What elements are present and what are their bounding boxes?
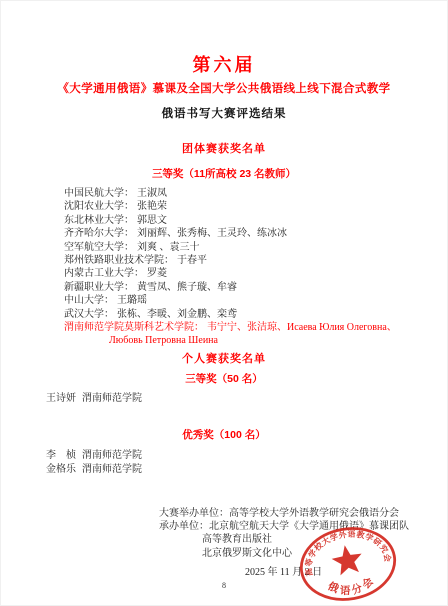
- team-row: 武汉大学：张栋、李暖、刘金鹏、栾鸢: [64, 308, 397, 321]
- school-name: 中国民航大学：: [64, 188, 134, 199]
- winner-row: 王诗妍渭南师范学院: [46, 392, 142, 406]
- winner-name: 王诗妍: [46, 393, 76, 404]
- team-section-heading: 团体赛获奖名单: [1, 140, 447, 156]
- winner-school: 渭南师范学院: [82, 450, 142, 461]
- team-row: 东北林业大学：郭思文: [64, 214, 397, 227]
- team-row: 内蒙古工业大学：罗菱: [64, 267, 397, 280]
- winner-school: 渭南师范学院: [82, 464, 142, 475]
- team-row: 中山大学：王璐瑶: [64, 294, 397, 307]
- individual-excellence-list: 李 桢渭南师范学院 金格乐渭南师范学院: [46, 449, 142, 476]
- winner-names: 黄雪凤、熊子璇、牟睿: [137, 282, 237, 293]
- team-row: 沈阳农业大学：张艳荣: [64, 200, 397, 213]
- individual-section-heading: 个人赛获奖名单: [1, 350, 447, 366]
- team-row: 齐齐哈尔大学：刘丽辉、张秀梅、王灵玲、练冰冰: [64, 227, 397, 240]
- document-page: 第六届 《大学通用俄语》慕课及全国大学公共俄语线上线下混合式教学 俄语书写大赛评…: [0, 0, 448, 606]
- winner-names: 王淑凤: [137, 188, 167, 199]
- host-line: 大赛举办单位：高等学校大学外语教学研究会俄语分会: [159, 507, 409, 520]
- winner-row: 金格乐渭南师范学院: [46, 463, 142, 477]
- winner-names: Любовь Петровна Шеина: [109, 335, 218, 346]
- team-row-highlighted: Любовь Петровна Шеина: [64, 334, 397, 347]
- winner-school: 渭南师范学院: [82, 393, 142, 404]
- school-name: 中山大学：: [64, 295, 114, 306]
- winner-row: 李 桢渭南师范学院: [46, 449, 142, 463]
- official-seal-icon: 高等学校大学外语教学研究会 俄语分会: [295, 523, 405, 606]
- school-name: 沈阳农业大学：: [64, 201, 134, 212]
- winner-names: 罗菱: [147, 268, 167, 279]
- winner-name: 李 桢: [46, 450, 76, 461]
- winner-names: 于春平: [177, 255, 207, 266]
- winner-names: 刘爽 、袁三十: [137, 242, 200, 253]
- winner-names: 韦宁宁、张洁琼、Исаева Юлия Олеговна、: [207, 322, 397, 333]
- school-name: 武汉大学：: [64, 309, 114, 320]
- individual-third-prize-list: 王诗妍渭南师范学院: [46, 392, 142, 406]
- school-name: 齐齐哈尔大学：: [64, 228, 134, 239]
- school-name: 渭南师范学院莫斯科艺术学院：: [64, 322, 204, 333]
- result-title: 俄语书写大赛评选结果: [1, 105, 447, 121]
- team-winners-list: 中国民航大学：王淑凤 沈阳农业大学：张艳荣 东北林业大学：郭思文 齐齐哈尔大学：…: [64, 187, 397, 348]
- school-name: 郑州铁路职业技术学院：: [64, 255, 174, 266]
- star-icon: [330, 543, 365, 577]
- team-row-highlighted: 渭南师范学院莫斯科艺术学院：韦宁宁、张洁琼、Исаева Юлия Олегов…: [64, 321, 397, 334]
- winner-names: 张艳荣: [137, 201, 167, 212]
- team-row: 新疆职业大学：黄雪凤、熊子璇、牟睿: [64, 281, 397, 294]
- team-row: 中国民航大学：王淑凤: [64, 187, 397, 200]
- winner-names: 张栋、李暖、刘金鹏、栾鸢: [117, 309, 237, 320]
- team-row: 空军航空大学：刘爽 、袁三十: [64, 241, 397, 254]
- winner-names: 郭思文: [137, 215, 167, 226]
- doc-subtitle: 《大学通用俄语》慕课及全国大学公共俄语线上线下混合式教学: [1, 80, 447, 96]
- school-name: 新疆职业大学：: [64, 282, 134, 293]
- team-award-heading: 三等奖（11所高校 23 名教师）: [1, 166, 447, 181]
- organizer-label: 承办单位：: [159, 521, 209, 532]
- individual-excellence-heading: 优秀奖（100 名）: [1, 427, 447, 442]
- winner-name: 金格乐: [46, 464, 76, 475]
- school-name: 东北林业大学：: [64, 215, 134, 226]
- school-name: 内蒙古工业大学：: [64, 268, 144, 279]
- school-name: 空军航空大学：: [64, 242, 134, 253]
- individual-third-prize-heading: 三等奖（50 名）: [1, 371, 447, 386]
- doc-title: 第六届: [1, 51, 447, 77]
- winner-names: 刘丽辉、张秀梅、王灵玲、练冰冰: [137, 228, 287, 239]
- winner-names: 王璐瑶: [117, 295, 147, 306]
- team-row: 郑州铁路职业技术学院：于春平: [64, 254, 397, 267]
